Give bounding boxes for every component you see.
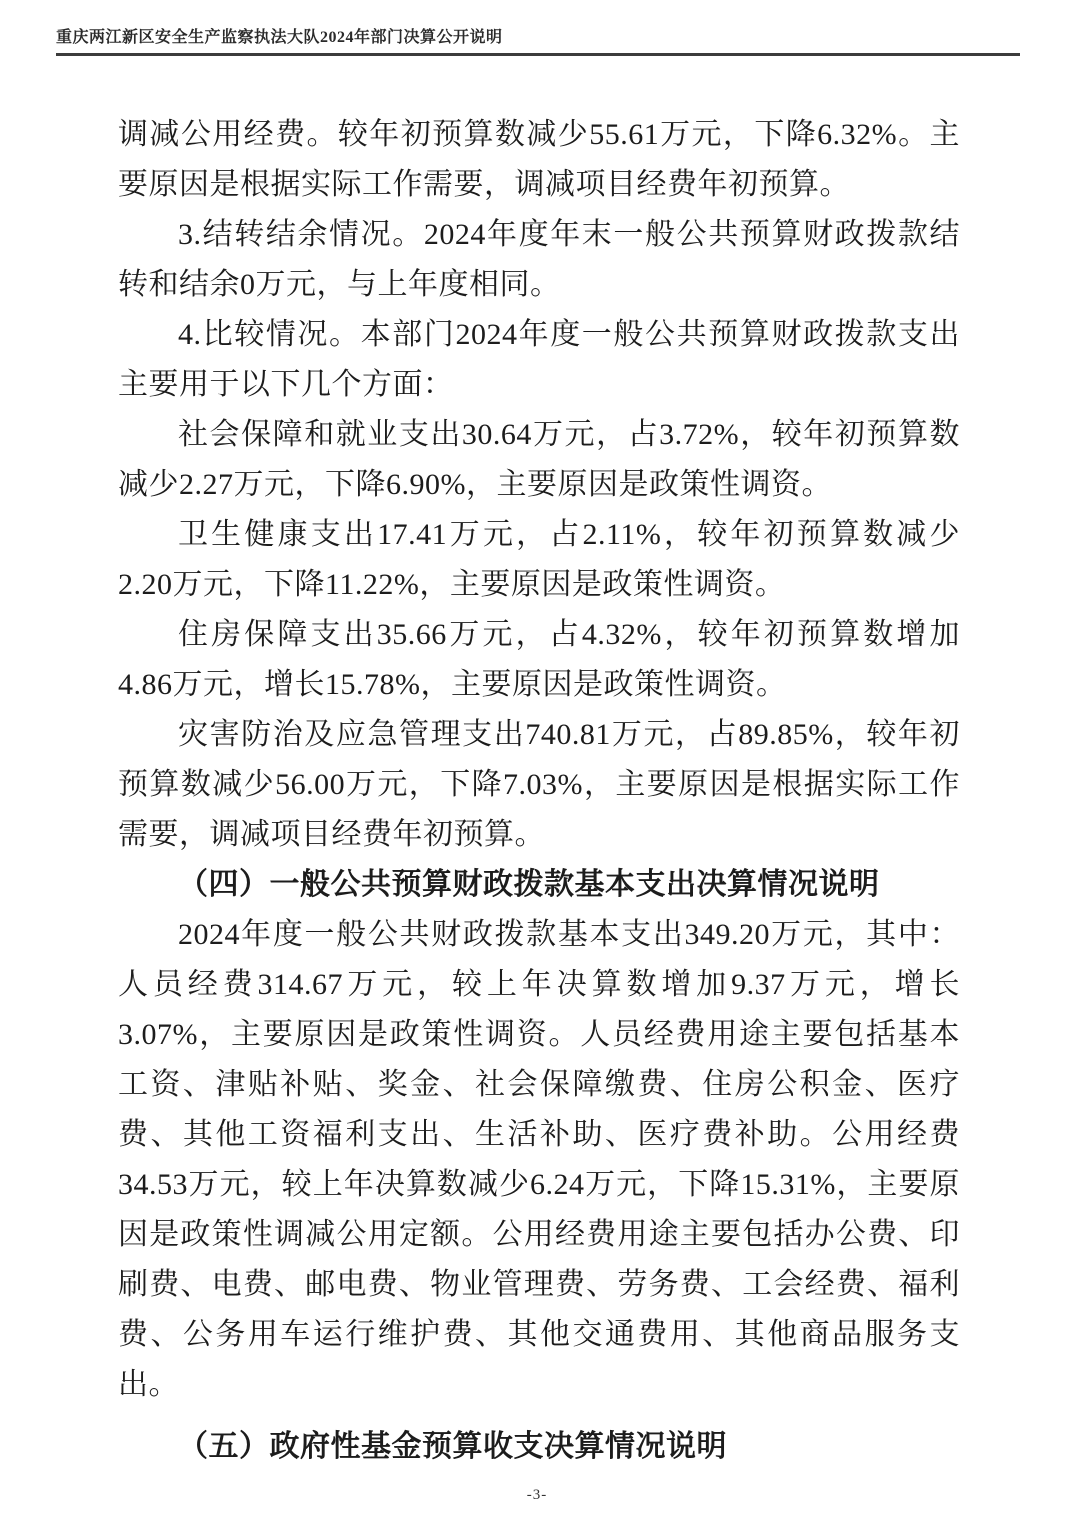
page-number: -3- [527,1487,548,1503]
paragraph-housing-expense: 住房保障支出35.66万元，占4.32%，较年初预算数增加4.86万元，增长15… [118,610,960,710]
document-page: 重庆两江新区安全生产监察执法大队2024年部门决算公开说明 调减公用经费。较年初… [0,0,1074,1520]
section-heading-five: （五）政府性基金预算收支决算情况说明 [118,1422,960,1472]
paragraph-continuation: 调减公用经费。较年初预算数减少55.61万元，下降6.32%。主要原因是根据实际… [118,110,960,210]
paragraph-carryover-balance: 3.结转结余情况。2024年度年末一般公共预算财政拨款结转和结余0万元，与上年度… [118,210,960,310]
paragraph-health-expense: 卫生健康支出17.41万元，占2.11%，较年初预算数减少2.20万元，下降11… [118,510,960,610]
page-footer: -3- [0,1486,1074,1504]
page-header: 重庆两江新区安全生产监察执法大队2024年部门决算公开说明 [56,28,1020,56]
paragraph-disaster-emergency-expense: 灾害防治及应急管理支出740.81万元，占89.85%，较年初预算数减少56.0… [118,710,960,860]
document-body: 调减公用经费。较年初预算数减少55.61万元，下降6.32%。主要原因是根据实际… [118,110,960,1472]
paragraph-comparison-intro: 4.比较情况。本部门2024年度一般公共预算财政拨款支出主要用于以下几个方面： [118,310,960,410]
section-heading-four: （四）一般公共预算财政拨款基本支出决算情况说明 [118,860,960,910]
paragraph-basic-expenditure-detail: 2024年度一般公共财政拨款基本支出349.20万元，其中：人员经费314.67… [118,910,960,1410]
header-divider [56,53,1020,56]
paragraph-social-security-expense: 社会保障和就业支出30.64万元，占3.72%，较年初预算数减少2.27万元，下… [118,410,960,510]
document-header-title: 重庆两江新区安全生产监察执法大队2024年部门决算公开说明 [56,28,1020,48]
